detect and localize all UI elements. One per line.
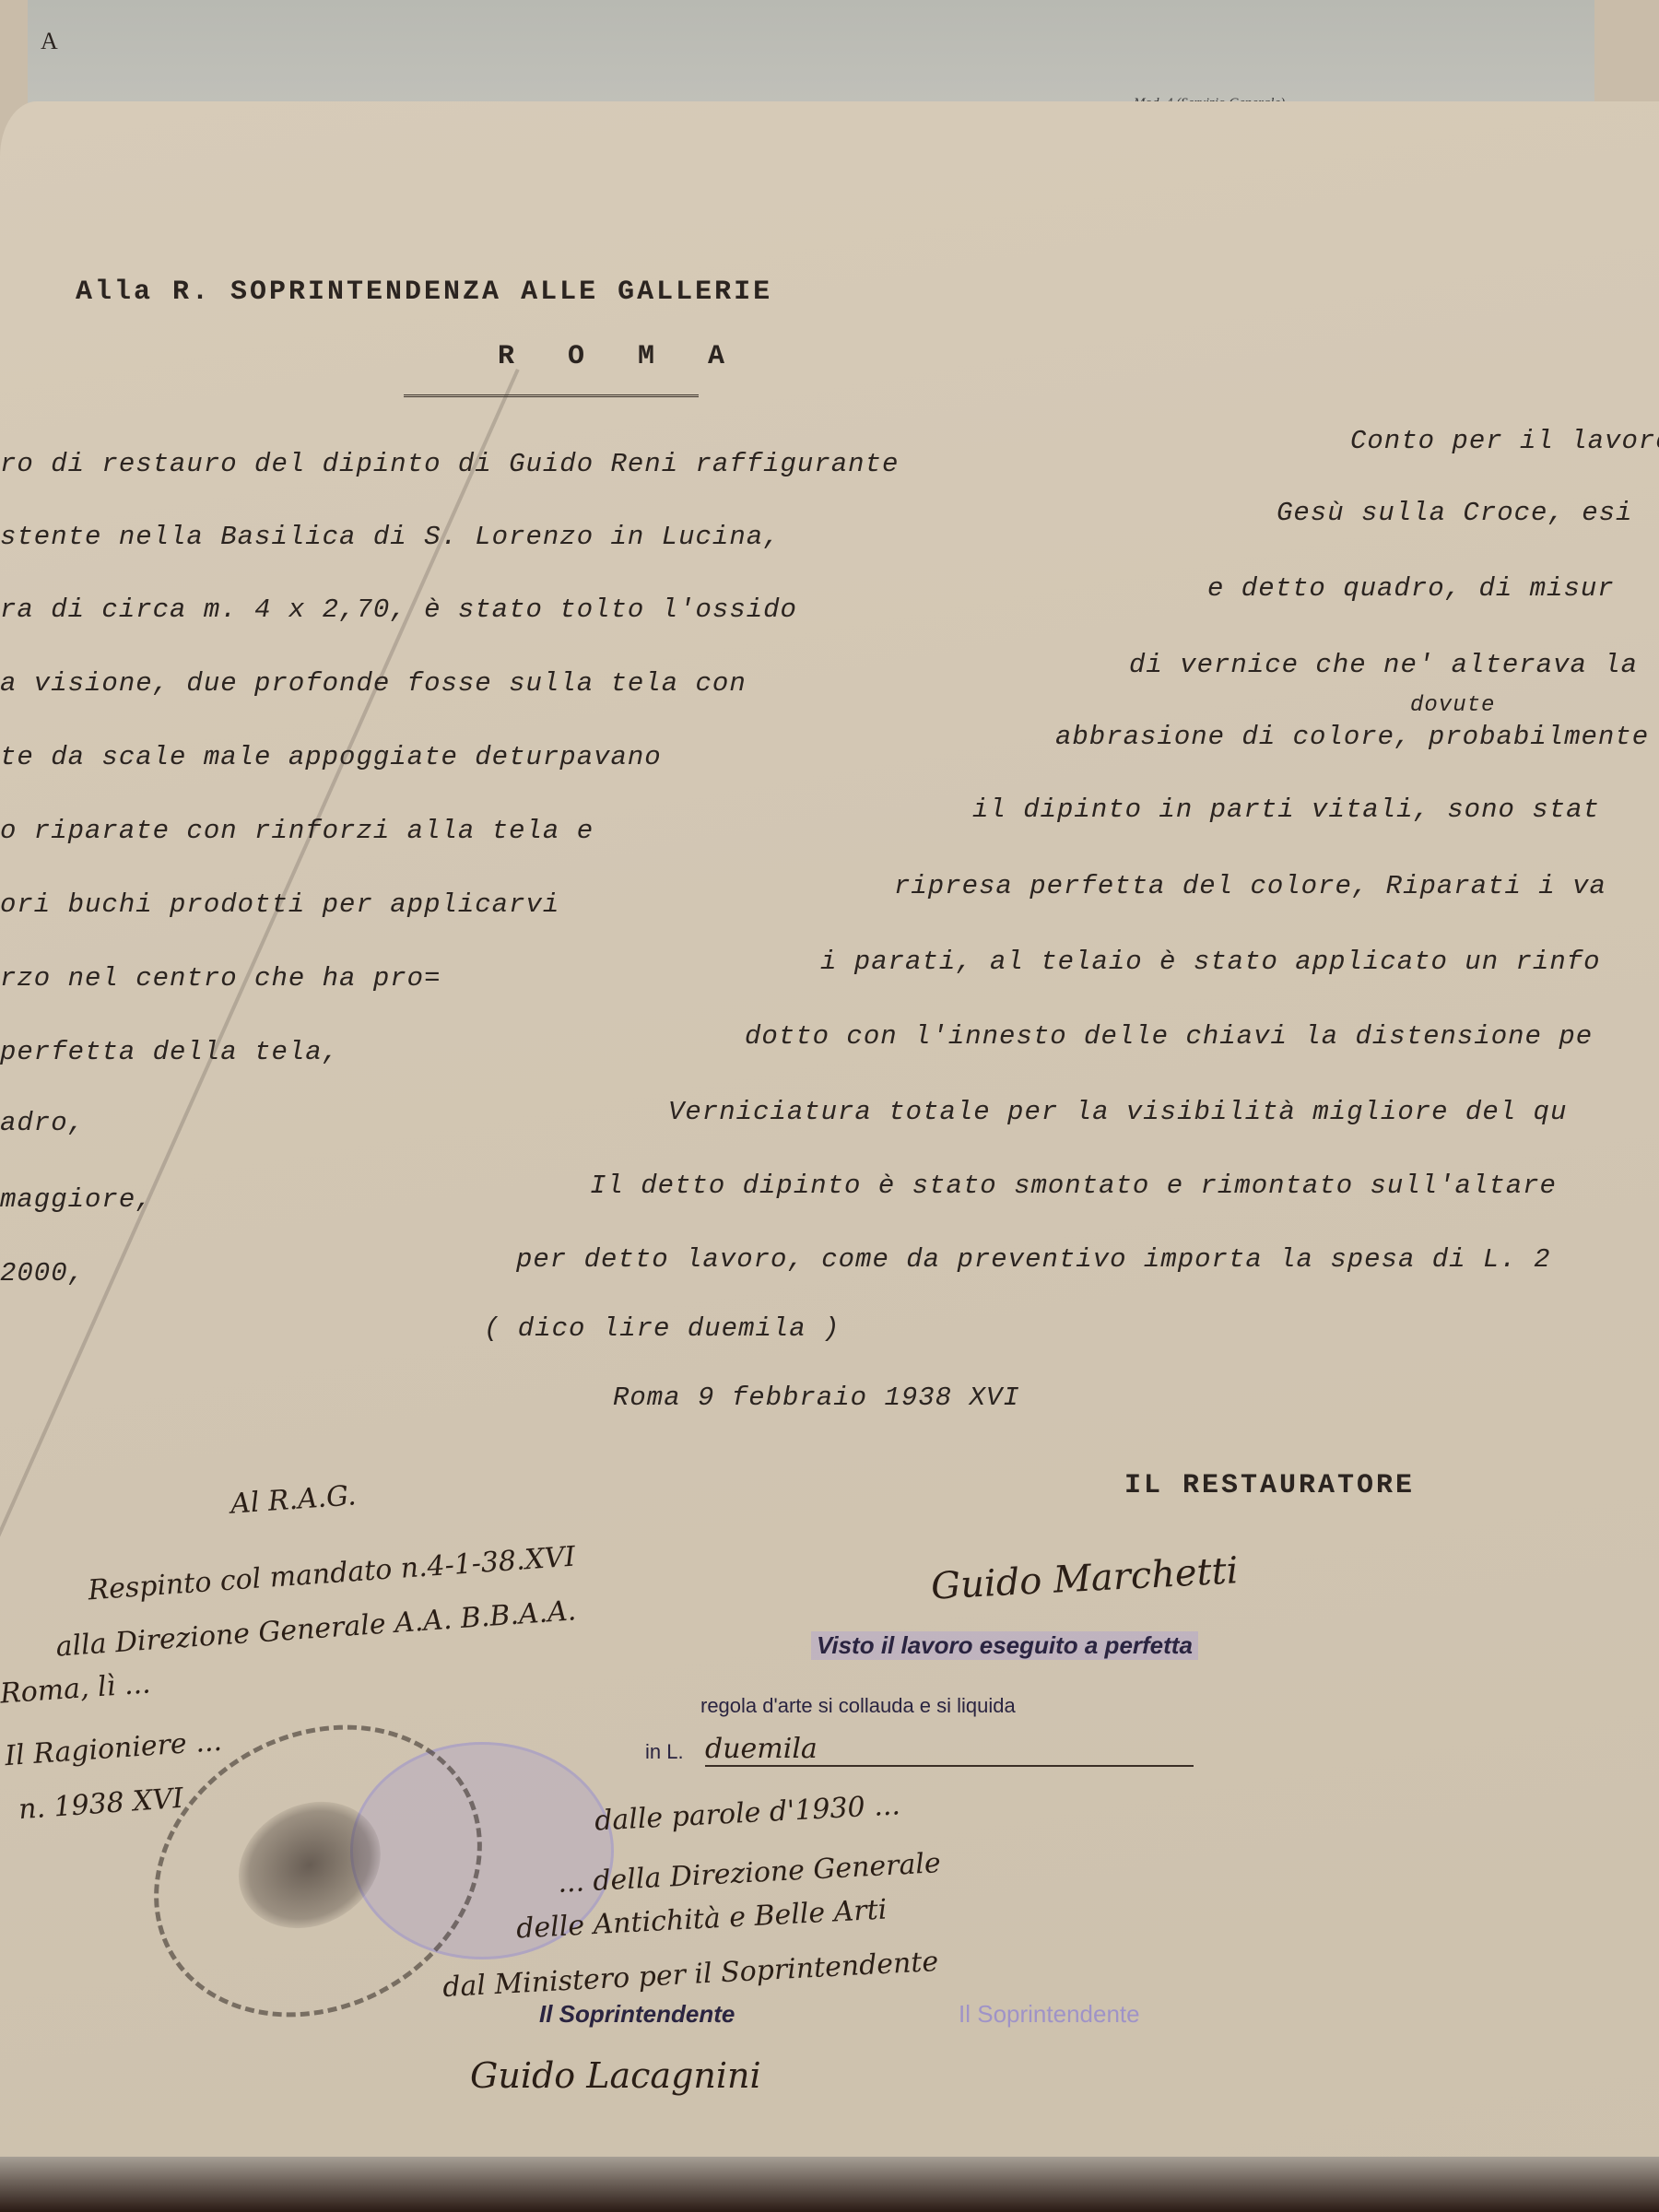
body-right-line: dotto con l'innesto delle chiavi la dist…: [745, 1021, 1593, 1052]
body-left-line: a visione, due profonde fosse sulla tela…: [0, 668, 747, 699]
body-left-line: maggiore,: [0, 1184, 153, 1215]
faded-stamp-text: Il Soprintendente: [959, 2000, 1140, 2029]
amount-in-words: ( dico lire duemila ): [484, 1313, 840, 1344]
city: R O M A: [498, 341, 743, 372]
body-left-line: te da scale male appoggiate deturpavano: [0, 742, 662, 772]
body-right-line: dovute: [1410, 693, 1495, 718]
body-right-line: e detto quadro, di misur: [1207, 573, 1615, 604]
approval-stamp-line: regola d'arte si collauda e si liquida: [700, 1694, 1016, 1718]
restorer-title: IL RESTAURATORE: [1124, 1470, 1415, 1501]
body-right-line: Conto per il lavoro: [1350, 426, 1659, 456]
body-left-line: ro di restauro del dipinto di Guido Reni…: [0, 449, 899, 479]
body-right-line: di vernice che ne' alterava la: [1129, 650, 1638, 680]
body-left-line: ori buchi prodotti per applicarvi: [0, 889, 559, 920]
body-left-line: ra di circa m. 4 x 2,70, è stato tolto l…: [0, 594, 797, 625]
photo-bottom-edge: [0, 2157, 1659, 2212]
seal-emblem-icon: [217, 1778, 403, 1953]
handwritten-amount: duemila: [705, 1733, 1194, 1767]
approval-stamp-line: Visto il lavoro eseguito a perfetta: [811, 1631, 1198, 1660]
body-right-line: Verniciatura totale per la visibilità mi…: [668, 1097, 1567, 1127]
superintendent-signature: Guido Lacagnini: [470, 2055, 761, 2096]
body-left-line: 2000,: [0, 1258, 85, 1288]
body-left-line: perfetta della tela,: [0, 1037, 339, 1067]
body-right-line: abbrasione di colore, probabilmente: [1055, 722, 1649, 752]
body-right-line: ripresa perfetta del colore, Riparati i …: [894, 871, 1606, 901]
date-line: Roma 9 febbraio 1938 XVI: [613, 1382, 1020, 1413]
body-right-line: i parati, al telaio è stato applicato un…: [820, 947, 1601, 977]
body-right-line: Gesù sulla Croce, esi: [1277, 498, 1632, 528]
body-right-line: per detto lavoro, come da preventivo imp…: [516, 1244, 1551, 1275]
superintendent-title: Il Soprintendente: [539, 2000, 735, 2029]
city-underline: [404, 394, 699, 397]
body-left-line: adro,: [0, 1108, 85, 1138]
body-left-line: rzo nel centro che ha pro=: [0, 963, 441, 994]
body-left-line: stente nella Basilica di S. Lorenzo in L…: [0, 522, 781, 552]
body-left-line: o riparate con rinforzi alla tela e: [0, 816, 594, 846]
corner-mark: A: [41, 28, 58, 55]
body-right-line: il dipinto in parti vitali, sono stat: [972, 794, 1600, 825]
body-right-line: Il detto dipinto è stato smontato e rimo…: [590, 1171, 1557, 1201]
amount-prefix: in L.: [645, 1740, 684, 1764]
addressee: Alla R. SOPRINTENDENZA ALLE GALLERIE: [76, 276, 772, 308]
